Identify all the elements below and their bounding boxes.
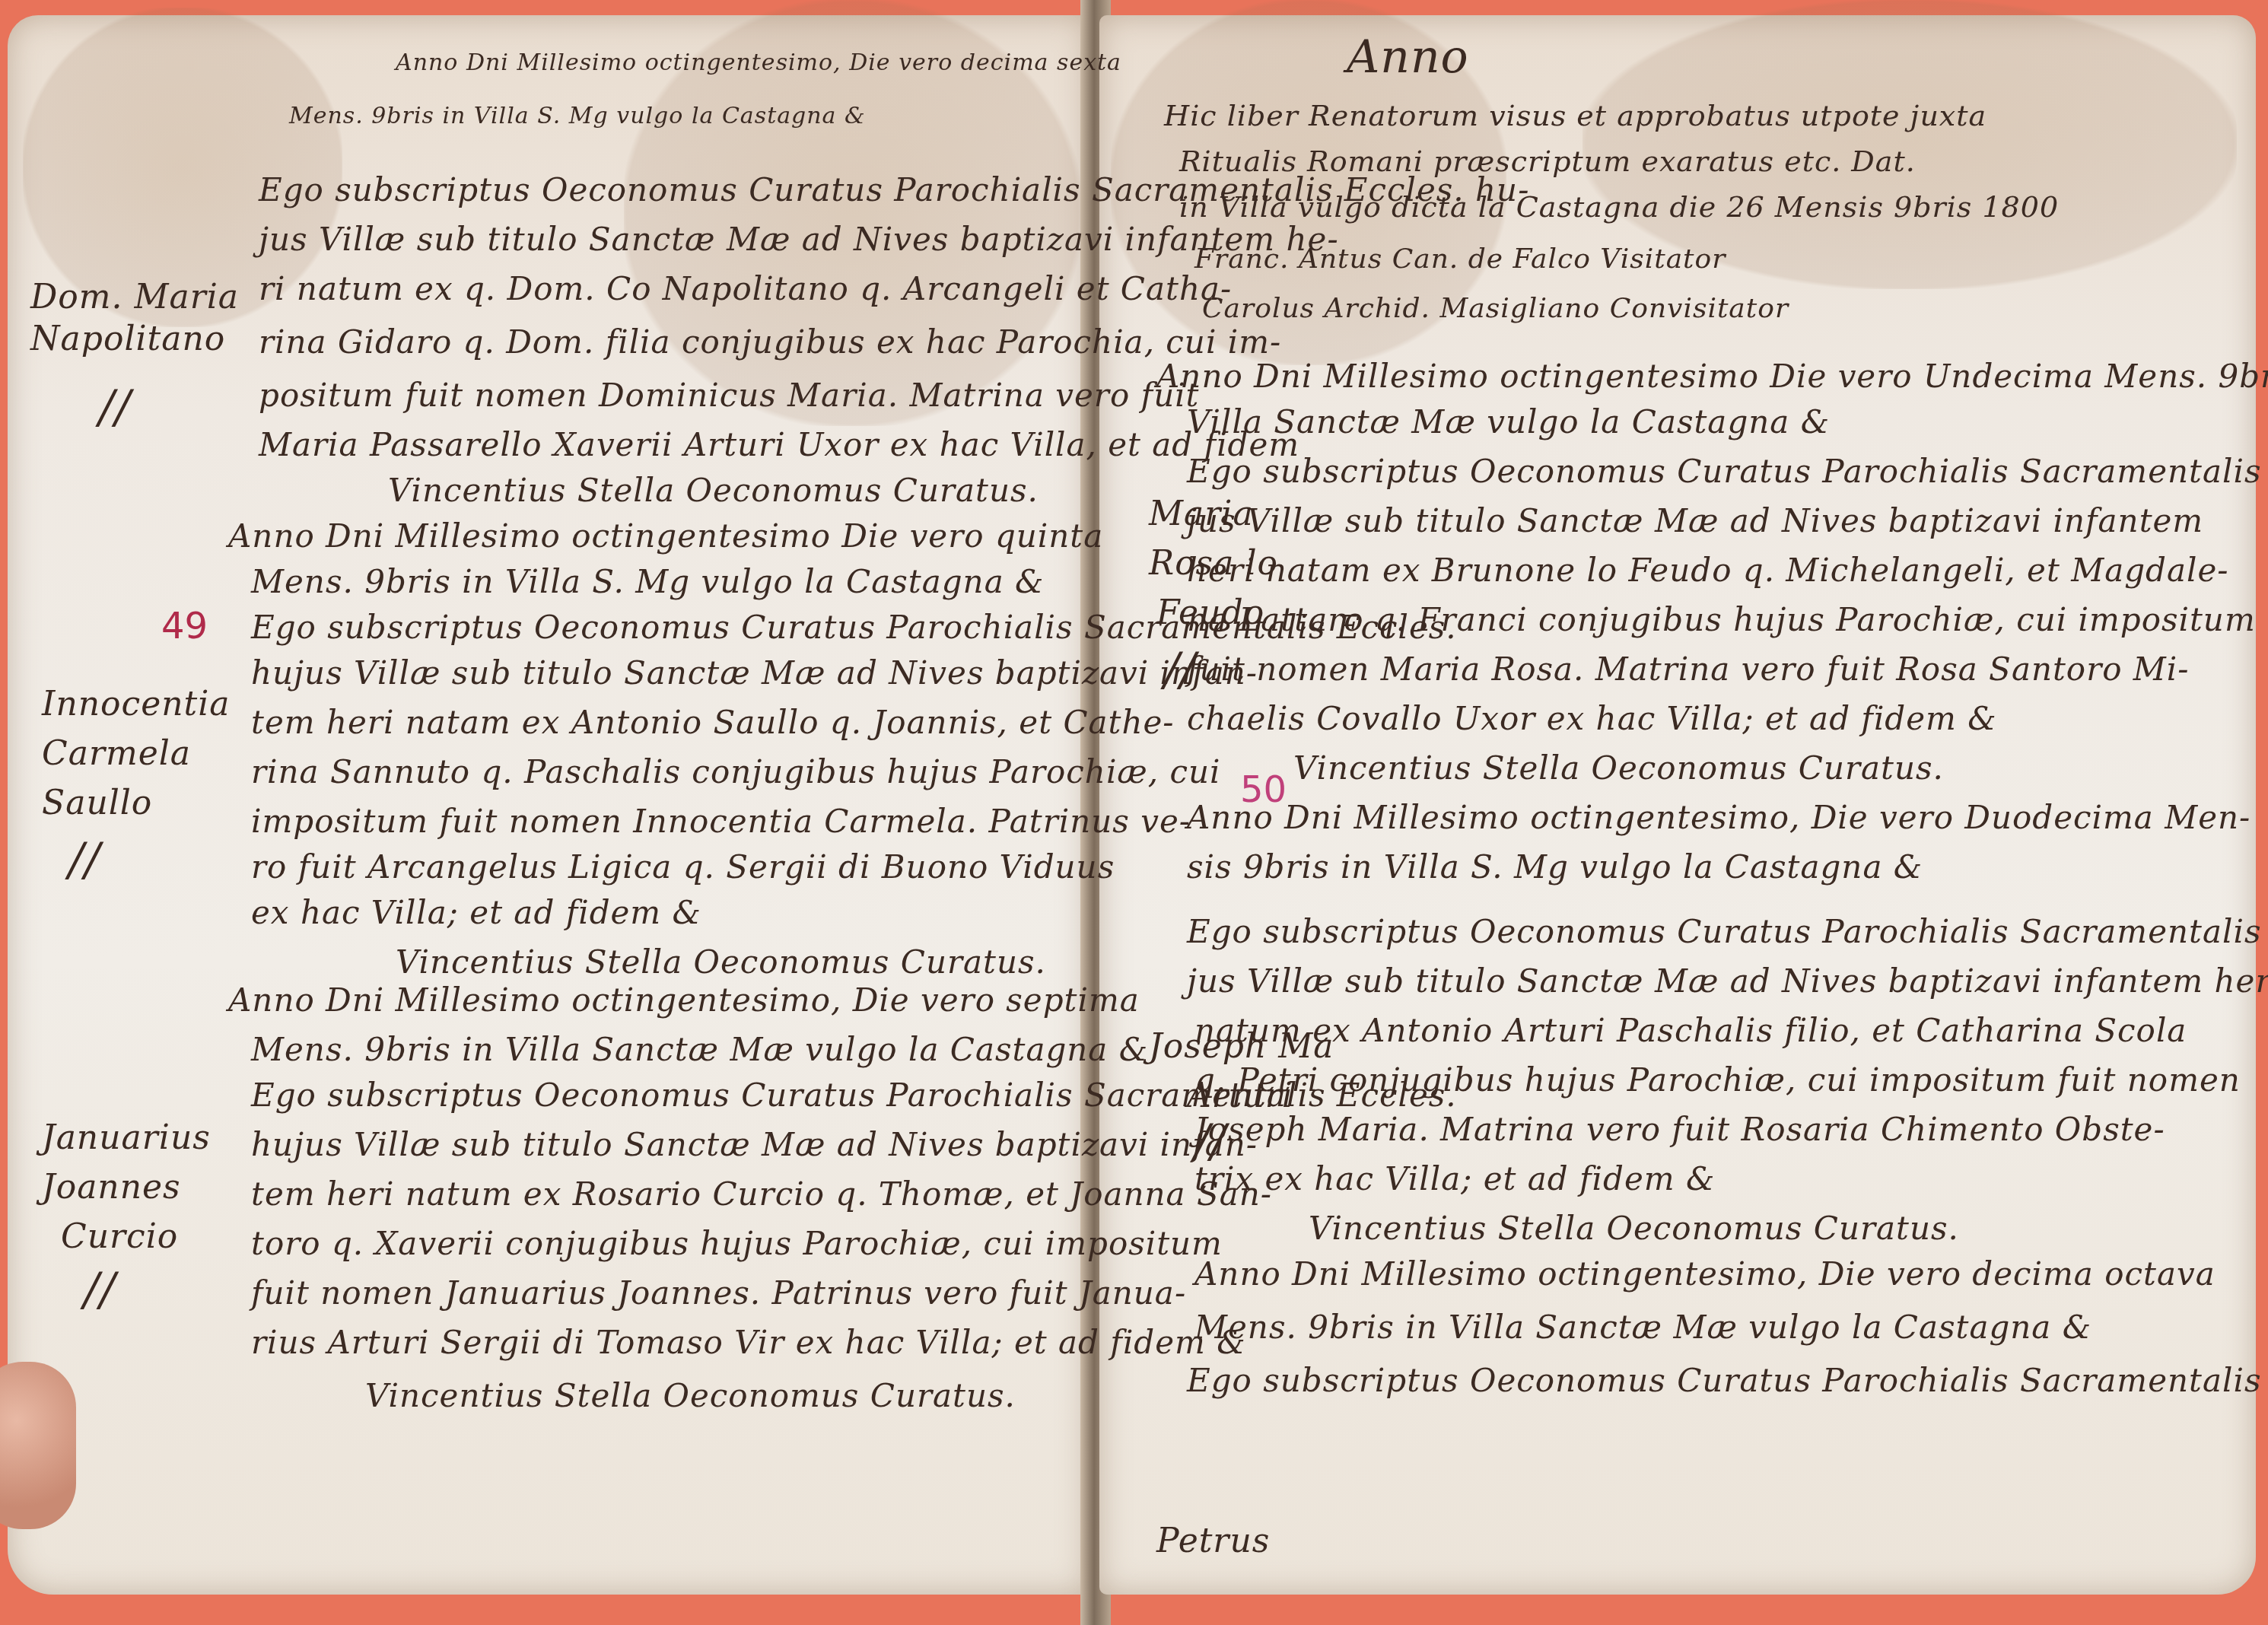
- curate-signature: Vincentius Stella Oeconomus Curatus.: [1309, 1210, 1959, 1247]
- entry-line: fuit nomen Januarius Joannes. Patrinus v…: [251, 1274, 1186, 1312]
- entry-line: tem heri natum ex Rosario Curcio q. Thom…: [251, 1175, 1272, 1213]
- entry-line: Ego subscriptus Oeconomus Curatus Paroch…: [1187, 453, 2268, 490]
- margin-name: Carmela: [42, 734, 191, 773]
- entry-line: Anno Dni Millesimo octingentesimo, Die v…: [1194, 1255, 2216, 1293]
- margin-name: Curcio: [61, 1217, 178, 1256]
- approval-line: Hic liber Renatorum visus et approbatus …: [1164, 99, 1986, 132]
- margin-mark: //: [99, 380, 131, 434]
- entry-line: Mens. 9bris in Villa S. Mg vulgo la Cast…: [251, 563, 1044, 600]
- entry-line: Villa Sanctæ Mæ vulgo la Castagna &: [1187, 403, 1830, 440]
- entry-line: Anno Dni Millesimo octingentesimo, Die v…: [228, 981, 1140, 1019]
- margin-name: Napolitano: [30, 320, 225, 358]
- entry-line: jus Villæ sub titulo Sanctæ Mæ ad Nives …: [1187, 962, 2268, 1000]
- curate-signature: Vincentius Stella Oeconomus Curatus.: [1293, 749, 1944, 787]
- approval-line: in Villa vulgo dicta la Castagna die 26 …: [1179, 190, 2059, 224]
- entry-line: ro fuit Arcangelus Ligica q. Sergii di B…: [251, 848, 1115, 886]
- entry-line: sis 9bris in Villa S. Mg vulgo la Castag…: [1187, 848, 1923, 886]
- entry-line: tem heri natam ex Antonio Saullo q. Joan…: [251, 704, 1175, 741]
- entry-line: rina Sannuto q. Paschalis conjugibus huj…: [251, 753, 1221, 790]
- margin-mark: //: [84, 1263, 116, 1316]
- entry-line: natum ex Antonio Arturi Paschalis filio,…: [1194, 1012, 2187, 1049]
- approval-line: Ritualis Romani præscriptum exaratus etc…: [1179, 145, 1916, 178]
- margin-name: Petrus: [1156, 1522, 1270, 1560]
- entry-line: rina Gidaro q. Dom. filia conjugibus ex …: [259, 323, 1281, 361]
- curate-signature: Vincentius Stella Oeconomus Curatus.: [388, 472, 1039, 509]
- margin-mark: //: [68, 833, 100, 886]
- margin-name: Innocentia: [42, 685, 231, 723]
- margin-name: Januarius: [42, 1118, 211, 1157]
- entry-line: hujus Villæ sub titulo Sanctæ Mæ ad Nive…: [251, 654, 1258, 692]
- entry-line: rius Arturi Sergii di Tomaso Vir ex hac …: [251, 1324, 1246, 1361]
- entry-line: na Lattaro q. Franci conjugibus hujus Pa…: [1187, 601, 2256, 638]
- entry-line: Ego subscriptus Oeconomus Curatus Paroch…: [1187, 913, 2268, 950]
- entry-line: Anno Dni Millesimo octingentesimo Die ve…: [228, 517, 1103, 555]
- entry-line: chaelis Covallo Uxor ex hac Villa; et ad…: [1187, 700, 1997, 737]
- register-heading: Anno: [1347, 30, 1469, 84]
- entry-line: trix ex hac Villa; et ad fidem &: [1194, 1160, 1715, 1197]
- entry-line: heri natam ex Brunone lo Feudo q. Michel…: [1187, 552, 2228, 589]
- margin-name: Dom. Maria: [30, 278, 239, 316]
- entry-line: hujus Villæ sub titulo Sanctæ Mæ ad Nive…: [251, 1126, 1258, 1163]
- entry-line: fuit nomen Maria Rosa. Matrina vero fuit…: [1187, 650, 2189, 688]
- curate-signature: Vincentius Stella Oeconomus Curatus.: [396, 943, 1046, 981]
- visitor-signature: Carolus Archid. Masigliano Convisitator: [1202, 293, 1789, 324]
- entry-line: Anno Dni Millesimo octingentesimo Die ve…: [1156, 358, 2268, 395]
- entry-line: Anno Dni Millesimo octingentesimo, Die v…: [1187, 799, 2251, 836]
- entry-line: Maria Passarello Xaverii Arturi Uxor ex …: [259, 426, 1299, 463]
- curate-signature: Vincentius Stella Oeconomus Curatus.: [365, 1377, 1016, 1414]
- entry-line: impositum fuit nomen Innocentia Carmela.…: [251, 803, 1191, 840]
- entry-line: Ego subscriptus Oeconomus Curatus Paroch…: [1187, 1362, 2268, 1399]
- entry-line: toro q. Xaverii conjugibus hujus Parochi…: [251, 1225, 1223, 1262]
- margin-name: Joannes: [42, 1168, 181, 1207]
- margin-name: Saullo: [42, 784, 152, 822]
- entry-line: jus Villæ sub titulo Sanctæ Mæ ad Nives …: [259, 221, 1339, 258]
- entry-line: q. Petri conjugibus hujus Parochiæ, cui …: [1194, 1061, 2241, 1099]
- entry-line: Mens. 9bris in Villa Sanctæ Mæ vulgo la …: [1194, 1309, 2091, 1346]
- entry-line: Joseph Maria. Matrina vero fuit Rosaria …: [1194, 1111, 2165, 1148]
- folio-number: 49: [161, 605, 208, 647]
- entry-line: Mens. 9bris in Villa S. Mg vulgo la Cast…: [289, 103, 866, 129]
- entry-line: Anno Dni Millesimo octingentesimo, Die v…: [396, 49, 1121, 76]
- thumb: [0, 1362, 76, 1529]
- entry-line: ex hac Villa; et ad fidem &: [251, 894, 701, 931]
- entry-line: Mens. 9bris in Villa Sanctæ Mæ vulgo la …: [251, 1031, 1148, 1068]
- visitor-signature: Franc. Antus Can. de Falco Visitator: [1194, 243, 1726, 275]
- entry-line: positum fuit nomen Dominicus Maria. Matr…: [259, 377, 1200, 414]
- entry-line: jus Villæ sub titulo Sanctæ Mæ ad Nives …: [1187, 502, 2203, 539]
- entry-line: ri natum ex q. Dom. Co Napolitano q. Arc…: [259, 270, 1232, 307]
